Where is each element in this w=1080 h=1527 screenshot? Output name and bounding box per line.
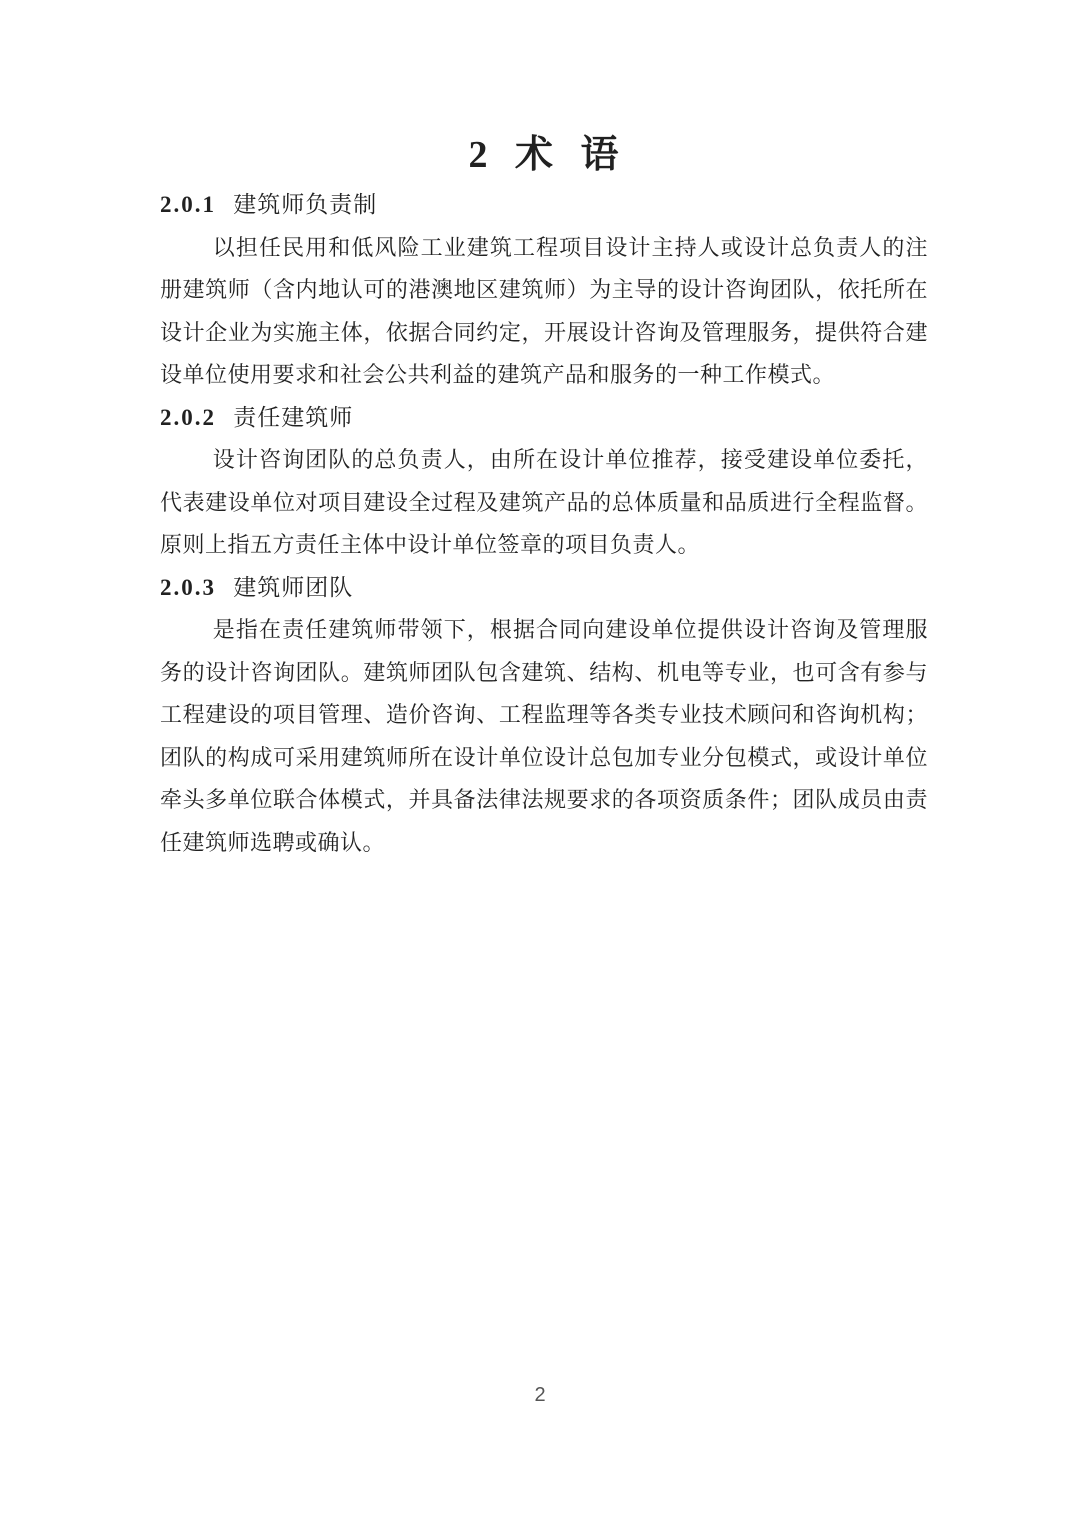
document-page: 2 术 语 2.0.1 建筑师负责制 以担任民用和低风险工业建筑工程项目设计主持… xyxy=(0,0,1080,1527)
page-content: 2 术 语 2.0.1 建筑师负责制 以担任民用和低风险工业建筑工程项目设计主持… xyxy=(160,130,928,864)
clause-definition: 是指在责任建筑师带领下，根据合同向建设单位提供设计咨询及管理服务的设计咨询团队。… xyxy=(160,609,928,864)
clause-term: 责任建筑师 xyxy=(233,405,353,430)
page-number: 2 xyxy=(534,1384,545,1406)
clause-term: 建筑师负责制 xyxy=(233,192,377,217)
clause-definition: 以担任民用和低风险工业建筑工程项目设计主持人或设计总负责人的注册建筑师（含内地认… xyxy=(160,227,928,397)
clause-heading: 2.0.3 建筑师团队 xyxy=(160,567,928,610)
chapter-title: 2 术 语 xyxy=(160,130,928,180)
clause-number: 2.0.3 xyxy=(160,575,216,600)
clause-number: 2.0.2 xyxy=(160,405,216,430)
page-footer: 2 xyxy=(0,1384,1080,1407)
clause-term: 建筑师团队 xyxy=(233,575,353,600)
clause-heading: 2.0.2 责任建筑师 xyxy=(160,397,928,440)
clause-definition: 设计咨询团队的总负责人，由所在设计单位推荐，接受建设单位委托，代表建设单位对项目… xyxy=(160,439,928,567)
term-section-1: 2.0.1 建筑师负责制 以担任民用和低风险工业建筑工程项目设计主持人或设计总负… xyxy=(160,184,928,397)
term-section-3: 2.0.3 建筑师团队 是指在责任建筑师带领下，根据合同向建设单位提供设计咨询及… xyxy=(160,567,928,865)
clause-number: 2.0.1 xyxy=(160,192,216,217)
term-section-2: 2.0.2 责任建筑师 设计咨询团队的总负责人，由所在设计单位推荐，接受建设单位… xyxy=(160,397,928,567)
clause-heading: 2.0.1 建筑师负责制 xyxy=(160,184,928,227)
